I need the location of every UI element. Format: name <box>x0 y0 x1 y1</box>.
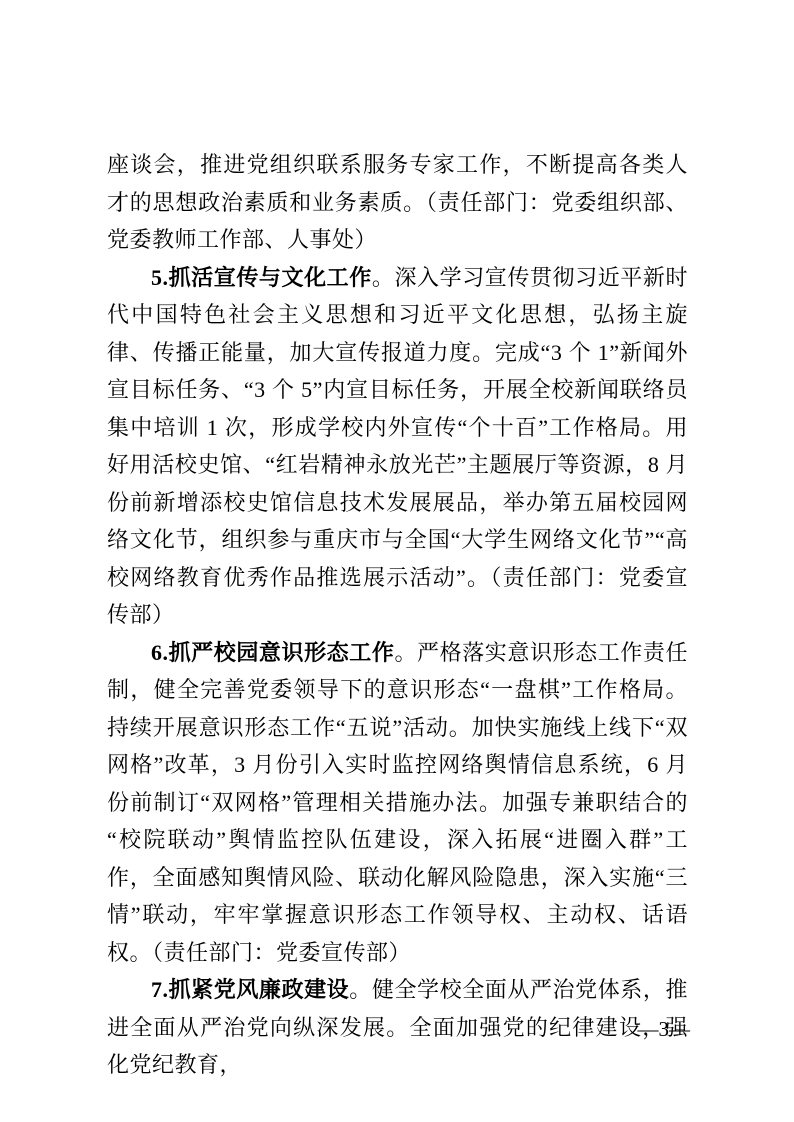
page-number: —3— <box>638 1014 691 1044</box>
document-page: 座谈会，推进党组织联系服务专家工作，不断提高各类人才的思想政治素质和业务素质。（… <box>0 0 794 1122</box>
text-segment-body: 。深入学习宣传贯彻习近平新时代中国特色社会主义思想和习近平文化思想，弘扬主旋律、… <box>107 265 688 590</box>
text-segment-lead: 5.抓活宣传与文化工作 <box>151 265 372 290</box>
text-segment-kai: （责任部门：党委宣传部） <box>152 940 411 965</box>
continuation-paragraph: 座谈会，推进党组织联系服务专家工作，不断提高各类人才的思想政治素质和业务素质。（… <box>107 146 688 259</box>
text-segment-lead: 7.抓紧党风廉政建设 <box>151 977 349 1002</box>
text-segment-body: 。严格落实意识形态工作责任制，健全完善党委领导下的意识形态“一盘棋”工作格局。持… <box>107 640 688 965</box>
item-6: 6.抓严校园意识形态工作。严格落实意识形态工作责任制，健全完善党委领导下的意识形… <box>107 634 688 972</box>
document-body: 座谈会，推进党组织联系服务专家工作，不断提高各类人才的思想政治素质和业务素质。（… <box>107 146 688 1084</box>
text-segment-lead: 6.抓严校园意识形态工作 <box>151 640 394 665</box>
item-7: 7.抓紧党风廉政建设。健全学校全面从严治党体系，推进全面从严治党向纵深发展。全面… <box>107 971 688 1084</box>
item-5: 5.抓活宣传与文化工作。深入学习宣传贯彻习近平新时代中国特色社会主义思想和习近平… <box>107 259 688 634</box>
